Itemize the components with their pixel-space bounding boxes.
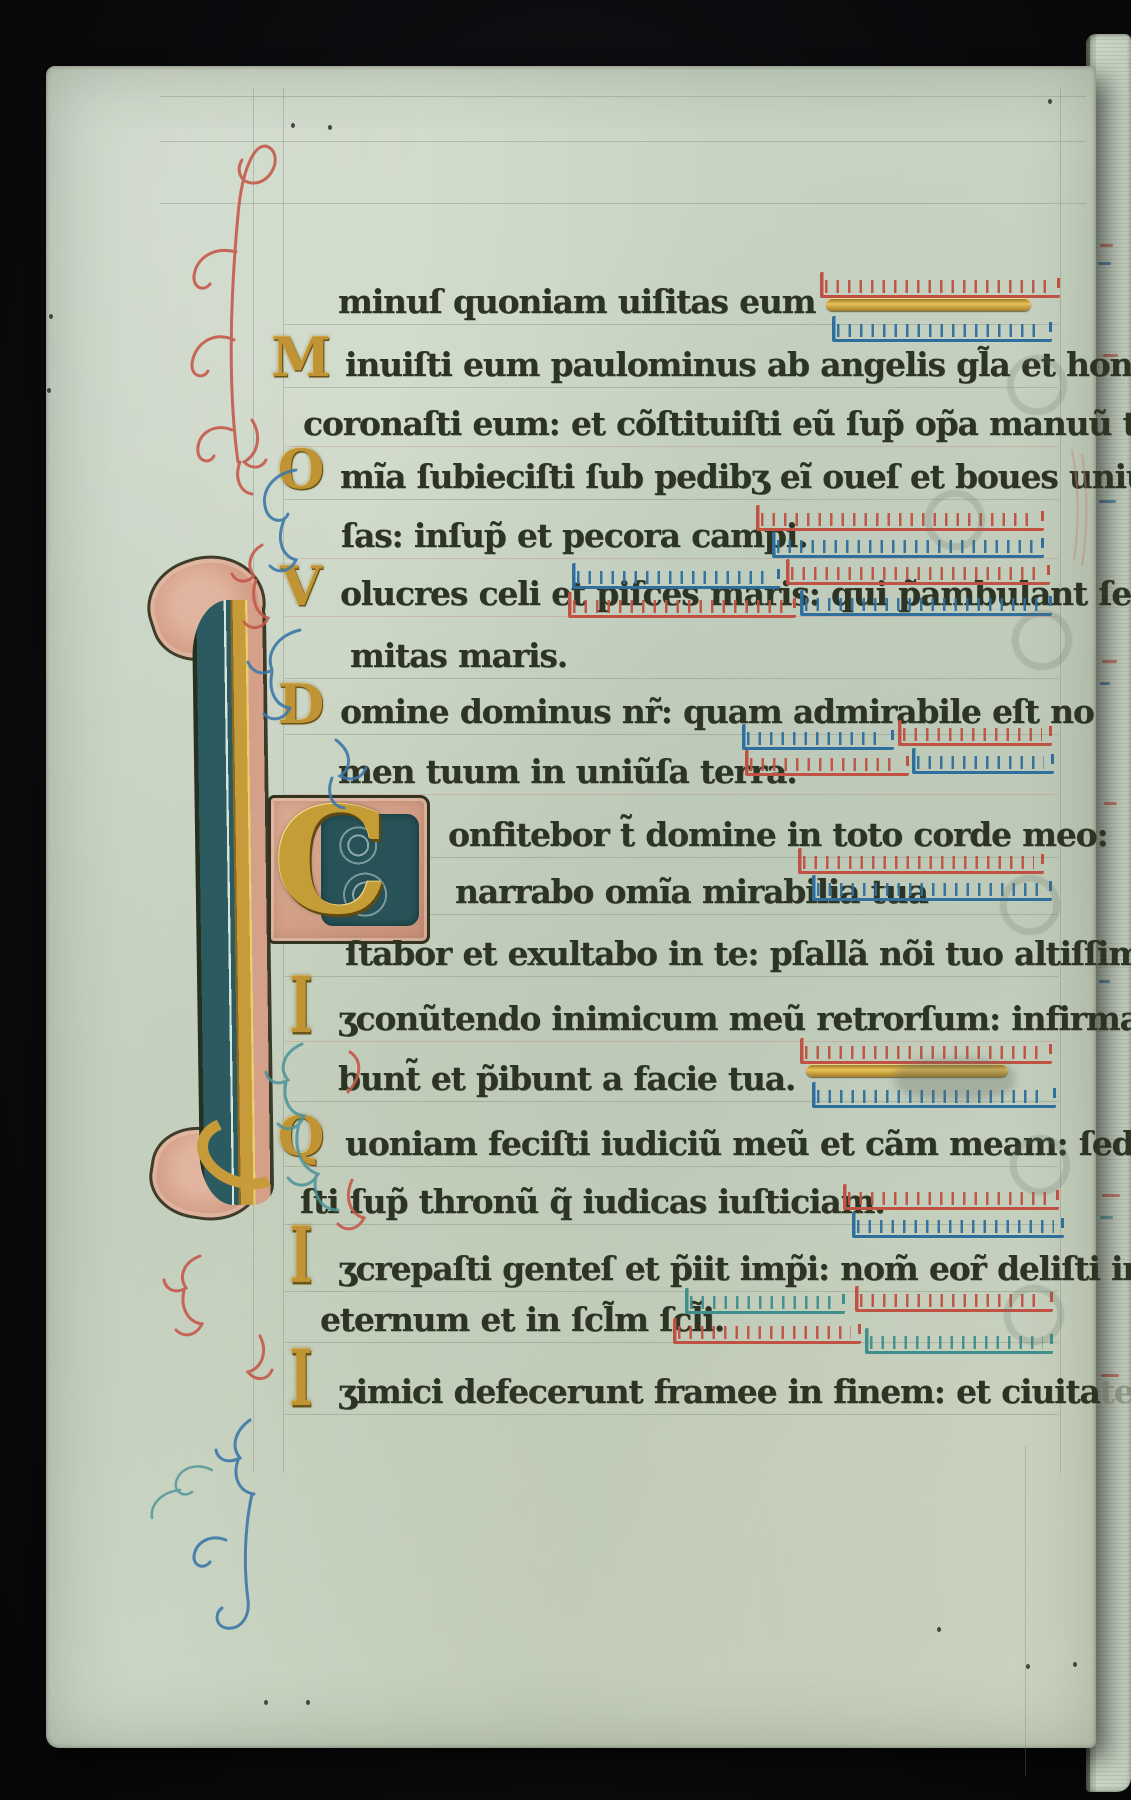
line-text: mĩa ſubieciſti ſub pedibʒ eĩ oueſ et bou… [340, 457, 1131, 496]
page-edge-bleed-mark [1098, 262, 1111, 265]
initial-c-block: C [268, 795, 430, 944]
versal-initial: I [266, 1342, 336, 1416]
photograph-backdrop: C minuſ quoniam uiſitas eumMinuiſti eum … [0, 0, 1131, 1800]
comb-filler-red [673, 1318, 861, 1344]
comb-filler-red [798, 848, 1044, 874]
initial-bar [192, 600, 274, 1206]
comb-filler-red [756, 505, 1044, 531]
versal-initial: M [266, 333, 336, 381]
pricking-hole [1073, 1662, 1077, 1667]
show-through-ring [1002, 600, 1082, 680]
versal-initial: O [266, 445, 336, 493]
versal-initial: I [266, 1219, 336, 1293]
pricking-hole [47, 388, 51, 393]
comb-filler-blue [832, 316, 1052, 342]
initial-c-confitebor: C [273, 798, 389, 926]
show-through-ring [1000, 1125, 1080, 1205]
comb-filler-red [820, 272, 1060, 298]
line-text: ʒimici defecerunt framee in finem: et ci… [338, 1372, 1100, 1411]
line-text: mitas maris. [350, 636, 567, 675]
show-through-ring [994, 1275, 1074, 1355]
pricking-hole [1026, 1664, 1030, 1669]
manuscript-line: bunt̃ et p̃ibunt a facie tua. [338, 1055, 795, 1109]
pricking-hole [264, 1700, 268, 1705]
manuscript-line: mitas maris. [350, 632, 567, 686]
ruling-line [160, 141, 1086, 142]
pricking-hole [937, 1627, 941, 1632]
manuscript-line: minuſ quoniam uiſitas eum [338, 278, 815, 332]
gold-bar-filler [826, 298, 1031, 311]
line-text: men tuum in uniũſa terra. [338, 752, 797, 791]
versal-initial: V [266, 562, 336, 610]
ruling-line [160, 203, 1086, 204]
manuscript-line: eternum et in ſcl̃m ſcl̃i. [320, 1296, 724, 1350]
comb-filler-blue [772, 532, 1044, 558]
show-through-ring [997, 345, 1077, 425]
show-through-ring [990, 865, 1070, 945]
manuscript-line: ſti ſup̃ thronũ q̃ iudicas iuſticiam. [300, 1178, 885, 1232]
comb-filler-blue [742, 724, 894, 750]
comb-filler-red [745, 750, 909, 776]
line-text: ſti ſup̃ thronũ q̃ iudicas iuſticiam. [300, 1182, 885, 1221]
pricking-hole [328, 125, 332, 130]
line-text: minuſ quoniam uiſitas eum [338, 282, 815, 321]
page-edge-bleed-mark [1104, 802, 1117, 805]
pricking-hole [306, 1700, 310, 1705]
page-edge-bleed-mark [1102, 660, 1117, 663]
line-text: bunt̃ et p̃ibunt a facie tua. [338, 1059, 795, 1098]
comb-filler-red [898, 720, 1052, 746]
line-text: ʒconũtendo inimicum meũ retrorſum: infir… [338, 999, 1131, 1038]
comb-filler-blue [572, 563, 780, 589]
pricking-hole [1048, 99, 1052, 104]
line-text: eternum et in ſcl̃m ſcl̃i. [320, 1300, 724, 1339]
comb-filler-red [786, 559, 1050, 585]
manuscript-line: men tuum in uniũſa terra. [338, 748, 797, 802]
versal-initial: Q [266, 1112, 336, 1160]
page-edge-bleed-mark [1100, 682, 1110, 685]
versal-initial: D [266, 680, 336, 728]
versal-initial: I [266, 969, 336, 1043]
ruling-line [160, 96, 1086, 97]
show-through-ring [915, 480, 995, 560]
comb-filler-teal [685, 1288, 845, 1314]
ruling-line [1025, 1446, 1026, 1776]
faded-text: teſ [1100, 1372, 1131, 1411]
manuscript-line: ſas: inſup̃ et pecora campi. [341, 512, 807, 566]
page-edge-bleed-mark [1100, 244, 1113, 247]
page-edge-bleed-mark [1102, 1194, 1120, 1197]
line-text: ſas: inſup̃ et pecora campi. [341, 516, 807, 555]
pricking-hole [49, 314, 53, 319]
manuscript-page: C minuſ quoniam uiſitas eumMinuiſti eum … [46, 66, 1096, 1748]
page-edge-bleed-mark [1100, 1216, 1113, 1219]
manuscript-line: Iʒimici defecerunt framee in finem: et c… [338, 1368, 1131, 1422]
comb-filler-blue [912, 748, 1054, 774]
comb-filler-red [568, 592, 796, 618]
erased-word-smudge [895, 1058, 1015, 1100]
manuscript-line: Omĩa ſubieciſti ſub pedibʒ eĩ oueſ et bo… [340, 453, 1131, 507]
comb-filler-blue [852, 1212, 1064, 1238]
pricking-hole [291, 123, 295, 128]
